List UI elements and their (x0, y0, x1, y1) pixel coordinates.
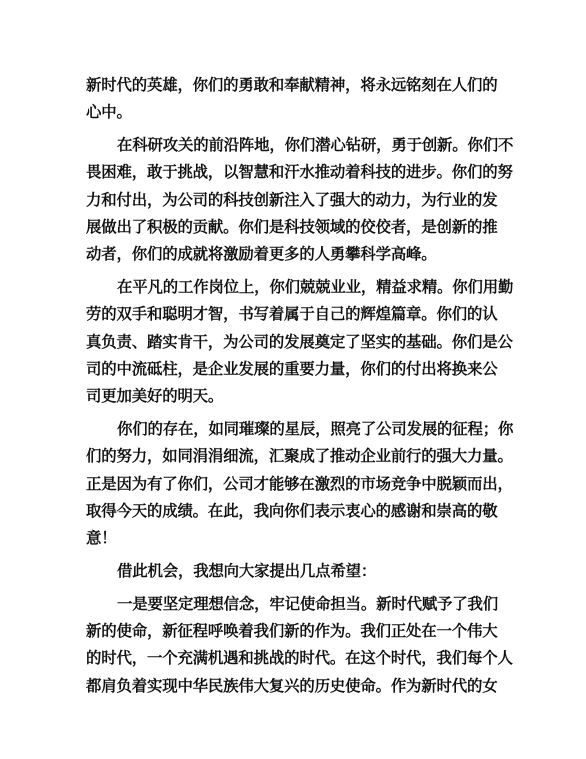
text-line: 心中。 (86, 99, 506, 126)
text-line: 一是要坚定理想信念，牢记使命担当。新时代赋予了我们 (86, 591, 506, 618)
text-line: 司的中流砥柱，是企业发展的重要力量，你们的付出将换来公 (86, 356, 506, 383)
text-line: 新时代的英雄，你们的勇敢和奉献精神，将永远铭刻在人们的 (86, 72, 506, 99)
text-line: 动者，你们的成就将激励着更多的人勇攀科学高峰。 (86, 241, 506, 268)
text-line: 取得今天的成绩。在此，我向你们表示衷心的感谢和崇高的敬 (86, 498, 506, 525)
text-line: 的时代，一个充满机遇和挑战的时代。在这个时代，我们每个人 (86, 645, 506, 672)
document-page: 新时代的英雄，你们的勇敢和奉献精神，将永远铭刻在人们的 心中。 在科研攻关的前沿… (86, 72, 506, 706)
text-line: 借此机会，我想向大家提出几点希望： (86, 558, 506, 585)
text-line: 你们的存在，如同璀璨的星辰，照亮了公司发展的征程；你 (86, 416, 506, 443)
text-line: 都肩负着实现中华民族伟大复兴的历史使命。作为新时代的女 (86, 673, 506, 700)
paragraph-5: 借此机会，我想向大家提出几点希望： (86, 558, 506, 585)
text-line: 在科研攻关的前沿阵地，你们潜心钻研，勇于创新。你们不 (86, 132, 506, 159)
text-line: 新的使命，新征程呼唤着我们新的作为。我们正处在一个伟大 (86, 618, 506, 645)
text-line: 畏困难，敢于挑战，以智慧和汗水推动着科技的进步。你们的努 (86, 159, 506, 186)
text-line: 司更加美好的明天。 (86, 383, 506, 410)
text-line: 意！ (86, 525, 506, 552)
text-line: 力和付出，为公司的科技创新注入了强大的动力，为行业的发 (86, 187, 506, 214)
paragraph-1: 新时代的英雄，你们的勇敢和奉献精神，将永远铭刻在人们的 心中。 (86, 72, 506, 127)
text-line: 展做出了积极的贡献。你们是科技领域的佼佼者，是创新的推 (86, 214, 506, 241)
text-line: 在平凡的工作岗位上，你们兢兢业业，精益求精。你们用勤 (86, 274, 506, 301)
paragraph-3: 在平凡的工作岗位上，你们兢兢业业，精益求精。你们用勤 劳的双手和聪明才智，书写着… (86, 274, 506, 410)
text-line: 劳的双手和聪明才智，书写着属于自己的辉煌篇章。你们的认 (86, 301, 506, 328)
paragraph-2: 在科研攻关的前沿阵地，你们潜心钻研，勇于创新。你们不 畏困难，敢于挑战，以智慧和… (86, 132, 506, 268)
paragraph-4: 你们的存在，如同璀璨的星辰，照亮了公司发展的征程；你 们的努力，如同涓涓细流，汇… (86, 416, 506, 552)
text-line: 们的努力，如同涓涓细流，汇聚成了推动企业前行的强大力量。 (86, 443, 506, 470)
text-line: 真负责、踏实肯干，为公司的发展奠定了坚实的基础。你们是公 (86, 329, 506, 356)
paragraph-6: 一是要坚定理想信念，牢记使命担当。新时代赋予了我们 新的使命，新征程呼唤着我们新… (86, 591, 506, 700)
text-line: 正是因为有了你们，公司才能够在激烈的市场竞争中脱颖而出， (86, 471, 506, 498)
